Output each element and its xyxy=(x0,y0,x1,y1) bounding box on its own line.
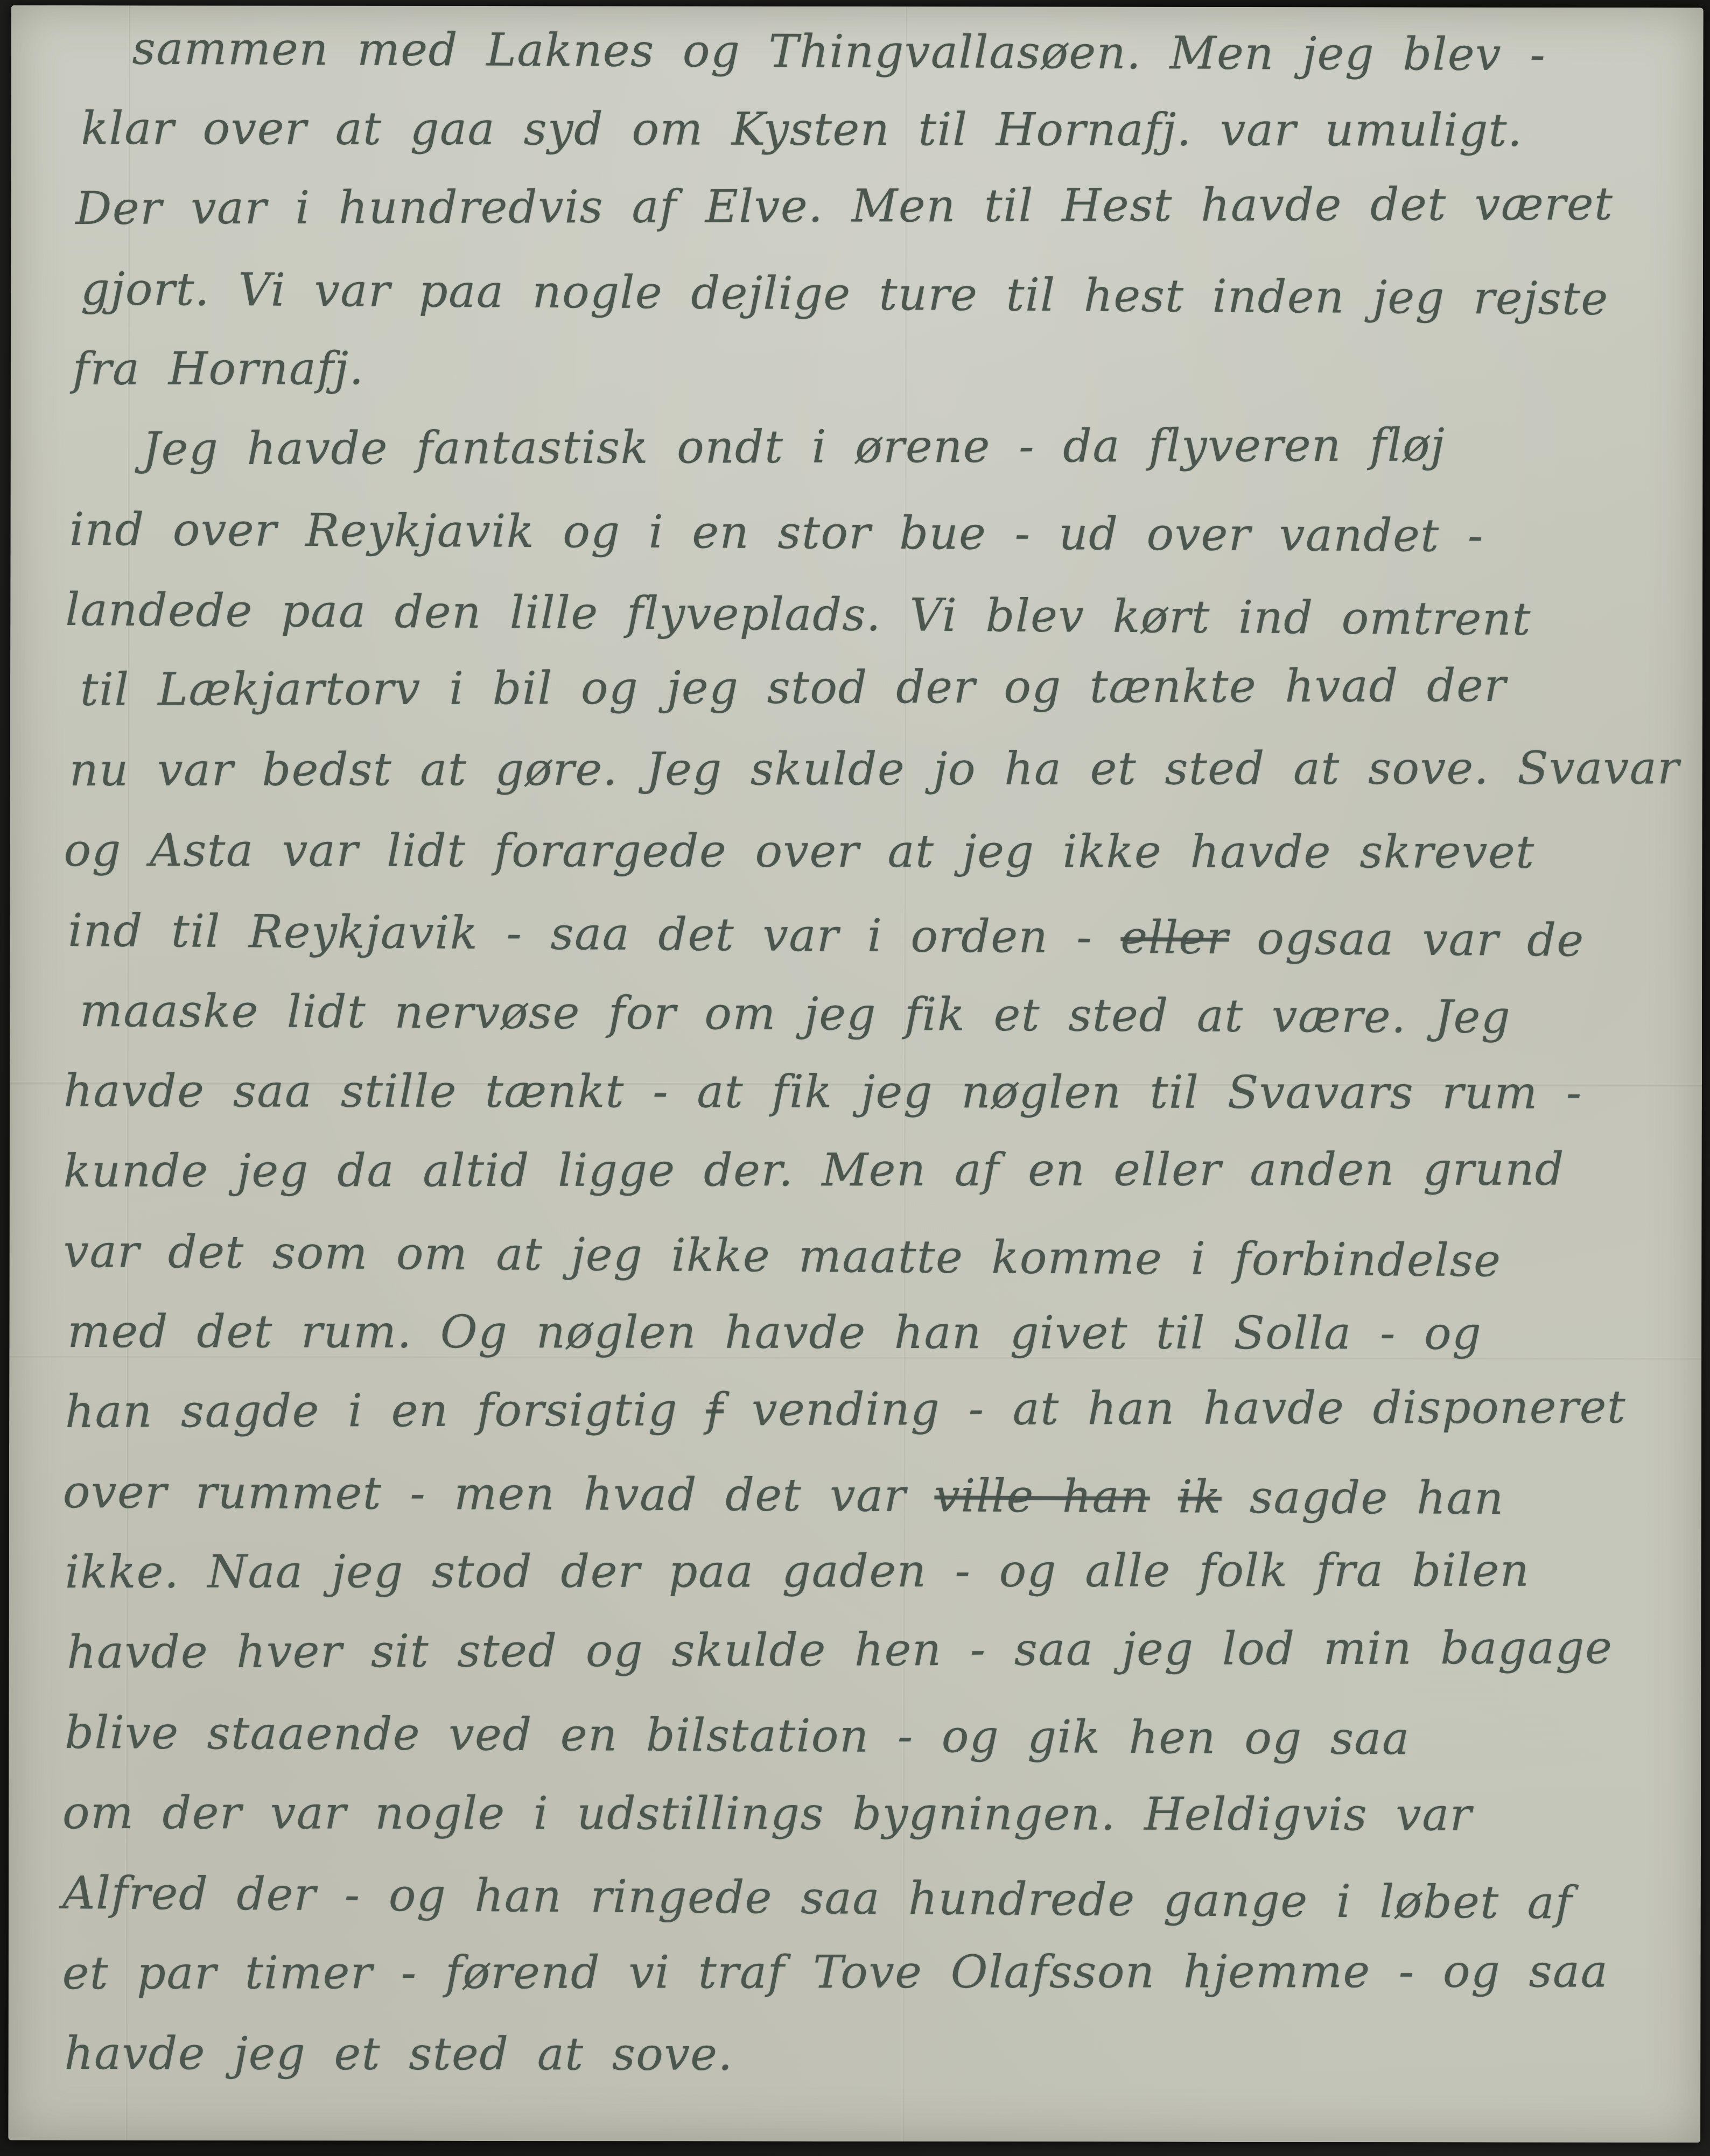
letter-line-1: sammen med Laknes og Thingvallasøen. Men… xyxy=(65,22,1682,109)
handwritten-text: Alfred der - og han ringede saa hundrede… xyxy=(62,1866,1573,1929)
handwritten-text: gjort. Vi var paa nogle dejlige ture til… xyxy=(81,262,1609,325)
letter-line-12: ind til Reykjavik - saa det var i orden … xyxy=(64,904,1681,995)
handwritten-text: havde hver sit sted og skulde hen - saa … xyxy=(67,1621,1613,1679)
handwritten-text: sammen med Laknes og Thingvallasøen. Men… xyxy=(132,22,1546,81)
handwritten-text: fra Hornafj. xyxy=(73,342,365,395)
letter-line-3: Der var i hundredvis af Elve. Men til He… xyxy=(65,177,1681,262)
letter-line-15: kunde jeg da altid ligge der. Men af en … xyxy=(64,1142,1680,1225)
letter-line-13: maaske lidt nervøse for om jeg fik et st… xyxy=(64,984,1681,1072)
letter-line-21: havde hver sit sted og skulde hen - saa … xyxy=(62,1621,1679,1706)
letter-line-16: var det som om at jeg ikke maatte komme … xyxy=(63,1225,1680,1316)
handwritten-text: over rummet - men hvad det var xyxy=(63,1465,935,1522)
letter-line-19: over rummet - men hvad det var ville han… xyxy=(63,1465,1680,1553)
letter-line-9: til Lækjartorv i bil og jeg stod der og … xyxy=(64,658,1681,743)
handwritten-text: Jeg havde fantastisk ondt i ørene - da f… xyxy=(142,418,1445,475)
handwritten-text: landede paa den lille flyveplads. Vi ble… xyxy=(65,583,1531,645)
handwritten-text: havde saa stille tænkt - at fik jeg nøgl… xyxy=(64,1064,1582,1119)
letter-line-26: havde jeg et sted at sove. xyxy=(62,2027,1679,2109)
letter-line-14: havde saa stille tænkt - at fik jeg nøgl… xyxy=(64,1064,1680,1147)
letter-line-2: klar over at gaa syd om Kysten til Horna… xyxy=(65,102,1681,184)
letter-line-6: Jeg havde fantastisk ondt i ørene - da f… xyxy=(64,418,1681,503)
letter-line-7: ind over Reykjavik og i en stor bue - ud… xyxy=(64,503,1681,591)
letter-line-22: blive staaende ved en bilstation - og gi… xyxy=(62,1706,1680,1794)
handwritten-text: sagde han xyxy=(1221,1471,1504,1525)
letter-line-17: med det rum. Og nøglen havde han givet t… xyxy=(63,1305,1680,1387)
handwritten-text: kunde jeg da altid ligge der. Men af en … xyxy=(64,1143,1565,1197)
handwritten-text: ikke. Naa jeg stod der paa gaden - og al… xyxy=(65,1544,1530,1598)
letter-line-20: ikke. Naa jeg stod der paa gaden - og al… xyxy=(63,1543,1680,1626)
struck-word: ville han xyxy=(934,1469,1150,1523)
letter-line-11: og Asta var lidt forargede over at jeg i… xyxy=(64,824,1680,906)
handwritten-text: maaske lidt nervøse for om jeg fik et st… xyxy=(80,984,1511,1043)
struck-word: f xyxy=(706,1383,724,1436)
handwritten-text: klar over at gaa syd om Kysten til Horna… xyxy=(81,102,1523,157)
handwritten-text: nu var bedst at gøre. Jeg skulde jo ha e… xyxy=(69,741,1680,796)
handwritten-text: til Lækjartorv i bil og jeg stod der og … xyxy=(80,659,1506,716)
handwritten-text: Der var i hundredvis af Elve. Men til He… xyxy=(75,177,1614,234)
letter-line-18: han sagde i en forsigtig f vending - at … xyxy=(63,1380,1680,1465)
letter-line-23: om der var nogle i udstillings bygningen… xyxy=(62,1786,1679,1869)
handwritten-text: om der var nogle i udstillings bygningen… xyxy=(62,1786,1473,1841)
handwritten-text: ind til Reykjavik - saa det var i orden … xyxy=(68,904,1121,964)
handwritten-text: og Asta var lidt forargede over at jeg i… xyxy=(64,824,1535,879)
handwritten-text xyxy=(1150,1470,1179,1523)
handwritten-text: ind over Reykjavik og i en stor bue - ud… xyxy=(69,503,1484,562)
letter-line-25: et par timer - førend vi traf Tove Olafs… xyxy=(62,1944,1679,2027)
handwritten-text: blive staaende ved en bilstation - og gi… xyxy=(65,1706,1410,1765)
handwritten-text: med det rum. Og nøglen havde han givet t… xyxy=(67,1305,1482,1360)
letter-line-24: Alfred der - og han ringede saa hundrede… xyxy=(62,1866,1679,1957)
handwritten-text: havde jeg et sted at sove. xyxy=(64,2027,733,2081)
struck-word: eller xyxy=(1120,911,1229,964)
letter-text: sammen med Laknes og Thingvallasøen. Men… xyxy=(62,22,1681,2109)
handwritten-text: var det som om at jeg ikke maatte komme … xyxy=(63,1225,1501,1287)
letter-line-4: gjort. Vi var paa nogle dejlige ture til… xyxy=(65,262,1682,353)
handwritten-text: et par timer - førend vi traf Tove Olafs… xyxy=(62,1944,1609,1999)
letter-page: sammen med Laknes og Thingvallasøen. Men… xyxy=(8,5,1704,2143)
handwritten-text: han sagde i en forsigtig xyxy=(65,1383,706,1438)
handwritten-text: ogsaa var de xyxy=(1229,911,1585,966)
letter-line-5: fra Hornafj. xyxy=(65,340,1681,423)
struck-word: ik xyxy=(1178,1470,1222,1523)
letter-line-10: nu var bedst at gøre. Jeg skulde jo ha e… xyxy=(64,741,1681,824)
handwritten-text: vending - at han havde disponeret xyxy=(724,1380,1626,1436)
